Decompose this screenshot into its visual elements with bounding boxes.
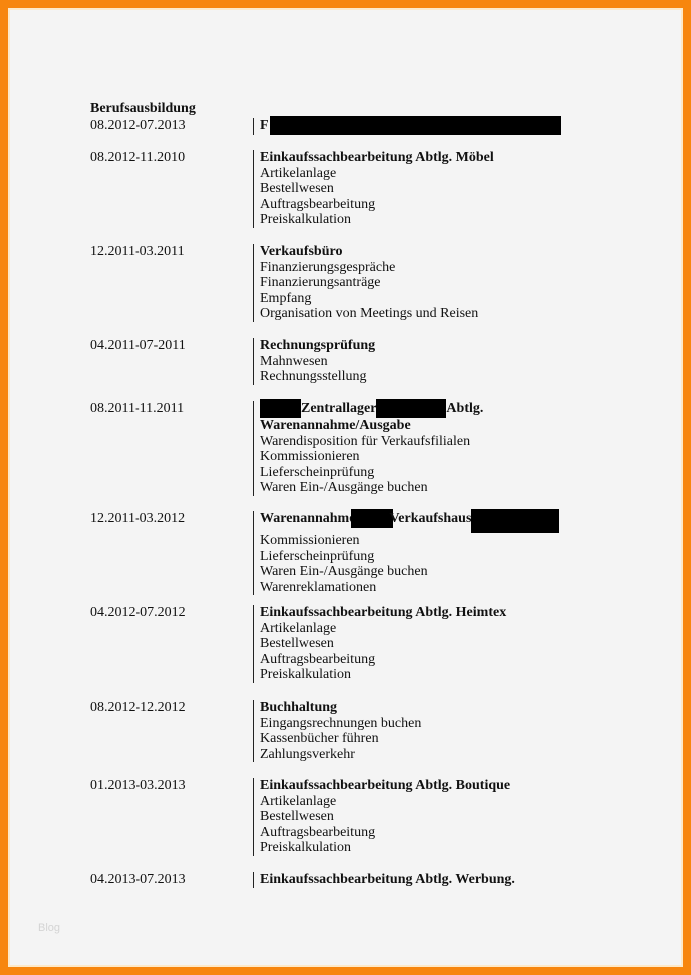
entry-description: Buchhaltung Eingangsrechnungen buchen Ka… [253,700,600,762]
entry-item: Rechnungsstellung [260,369,600,385]
entry-item: Auftragsbearbeitung [260,197,600,213]
entry-item: Kassenbücher führen [260,731,600,747]
entry-description: F [253,118,600,135]
entry-date: 04.2011-07-2011 [90,338,250,354]
entry-description: Einkaufssachbearbeitung Abtlg. Möbel Art… [253,150,600,228]
entry-item: Artikelanlage [260,621,600,637]
entry-item: Mahnwesen [260,354,600,370]
entry-title: Verkaufsbüro [260,244,600,260]
title-fragment: Warenannahme [260,511,355,526]
cv-page: Berufsausbildung 08.2012-07.2013 F 08.20… [0,0,691,975]
section-title: Berufsausbildung [90,101,196,117]
redaction-block [376,399,446,418]
entry-item: Finanzierungsgespräche [260,260,600,276]
title-fragment: Zentrallager [301,401,376,416]
entry-item: Warenreklamationen [260,580,600,596]
title-fragment: Abtlg. [446,401,483,416]
entry-item: Kommissionieren [260,449,600,465]
entry-title: Rechnungsprüfung [260,338,600,354]
entry-item: Auftragsbearbeitung [260,825,600,841]
redaction-block [471,509,559,533]
entry-description: Einkaufssachbearbeitung Abtlg. Boutique … [253,778,600,856]
entry-title: Einkaufssachbearbeitung Abtlg. Boutique [260,778,600,794]
entry-item: Preiskalkulation [260,212,600,228]
entry-item: Bestellwesen [260,636,600,652]
entry-item: Eingangsrechnungen buchen [260,716,600,732]
entry-title: F [260,118,600,135]
entry-date: 08.2012-11.2010 [90,150,250,166]
entry-title: Einkaufssachbearbeitung Abtlg. Möbel [260,150,600,166]
entry-description: Rechnungsprüfung Mahnwesen Rechnungsstel… [253,338,600,385]
entry-description: Einkaufssachbearbeitung Abtlg. Heimtex A… [253,605,600,683]
entry-item: Empfang [260,291,600,307]
entry-item: Kommissionieren [260,533,600,549]
entry-title: Einkaufssachbearbeitung Abtlg. Heimtex [260,605,600,621]
entry-item: Organisation von Meetings und Reisen [260,306,600,322]
entry-date: 12.2011-03.2011 [90,244,250,260]
entry-item: Bestellwesen [260,181,600,197]
watermark: Blog [38,922,60,934]
redaction-block [351,509,393,528]
redaction-block [260,399,301,418]
entry-item: Artikelanlage [260,794,600,810]
title-fragment: F [260,118,269,133]
entry-description: Einkaufssachbearbeitung Abtlg. Werbung. [253,872,600,888]
entry-title: Einkaufssachbearbeitung Abtlg. Werbung. [260,872,600,888]
entry-date: 08.2011-11.2011 [90,401,250,417]
entry-title: ZentrallagerAbtlg. [260,401,600,418]
entry-title: WarenannahmeVerkaufshaus [260,511,600,533]
entry-item: Preiskalkulation [260,667,600,683]
entry-item: Auftragsbearbeitung [260,652,600,668]
entry-date: 01.2013-03.2013 [90,778,250,794]
entry-date: 12.2011-03.2012 [90,511,250,527]
entry-item: Warendisposition für Verkaufsfilialen [260,434,600,450]
entry-description: Verkaufsbüro Finanzierungsgespräche Fina… [253,244,600,322]
entry-date: 04.2012-07.2012 [90,605,250,621]
entry-item: Waren Ein-/Ausgänge buchen [260,480,600,496]
entry-date: 08.2012-07.2013 [90,118,250,134]
entry-item: Preiskalkulation [260,840,600,856]
entry-item: Bestellwesen [260,809,600,825]
entry-item: Waren Ein-/Ausgänge buchen [260,564,600,580]
entry-item: Artikelanlage [260,166,600,182]
entry-date: 08.2012-12.2012 [90,700,250,716]
entry-item: Lieferscheinprüfung [260,549,600,565]
title-fragment: Verkaufshaus [389,511,471,526]
entry-description: WarenannahmeVerkaufshaus Kommissionieren… [253,511,600,595]
entry-title: Buchhaltung [260,700,600,716]
entry-item: Finanzierungsanträge [260,275,600,291]
entry-title-line2: Warenannahme/Ausgabe [260,418,600,434]
entry-description: ZentrallagerAbtlg. Warenannahme/Ausgabe … [253,401,600,496]
entry-date: 04.2013-07.2013 [90,872,250,888]
redaction-block [270,116,561,135]
entry-item: Zahlungsverkehr [260,747,600,763]
entry-item: Lieferscheinprüfung [260,465,600,481]
